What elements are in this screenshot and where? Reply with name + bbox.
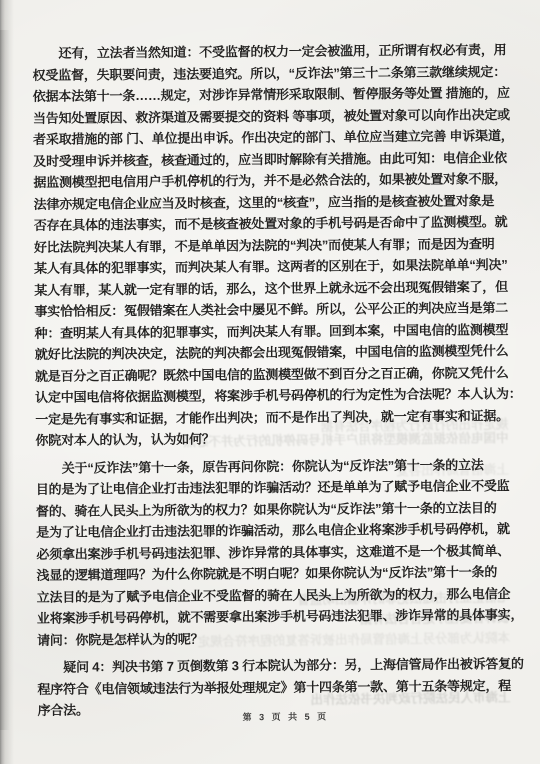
text-line: 据监测模型把电信用户手机停机的行为，并不是必然合法的，如果被处置对象不服， <box>33 168 511 193</box>
text-line: 疑问 4：判决书第 7 页倒数第 3 行本院认为部分：另，上海信管局作出被诉答复… <box>37 653 515 678</box>
paragraph-article-11-question: 关于“反诈法”第十一条，原告再问你院：你院认为“反诈法”第十一条的立法目的是为了… <box>36 454 516 651</box>
document-body: 还有，立法者当然知道：不受监督的权力一定会被滥用，正所谓有权必有责，用权受监督，… <box>32 39 515 721</box>
text-line: 浅显的逻辑道理吗？为什么你院就是不明白呢？如果你院认为“反诈法”第十一条的 <box>36 561 514 586</box>
text-line: 者采取措施的部 门、单位提出申诉。作出决定的部门、单位应当建立完善 申诉渠道， <box>33 125 511 150</box>
text-line: 事实恰恰相反：冤假错案在人类社会中屡见不鲜。所以，公平公正的判决应当是第二 <box>34 297 512 322</box>
text-line: 程序符合《电信领域违法行为举报处理规定》第十四条第一款、第十五条等规定，程 <box>37 675 515 700</box>
text-line: 认定中国电信将依据监测模型，将案涉手机号码停机的行为定性为合法呢？本人认为： <box>35 383 513 408</box>
text-line: 依据本法第十一条……规定，对涉诈异常情形采取限制、暂停服务等处置 措施的，应 <box>33 82 511 107</box>
text-line: 还有，立法者当然知道：不受监督的权力一定会被滥用，正所谓有权必有责，用 <box>32 39 510 64</box>
text-line: 请问：你院是怎样认为的呢？ <box>37 626 515 651</box>
paragraph-legislator-argument: 还有，立法者当然知道：不受监督的权力一定会被滥用，正所谓有权必有责，用权受监督，… <box>32 39 513 451</box>
text-line: 就好比法院的判决决定，法院的判决都会出现冤假错案，中国电信的监测模型凭什么 <box>35 340 513 365</box>
text-line: 业将案涉手机号码停机，就不需要拿出案涉手机号码违法犯罪、涉诈异常的具体事实， <box>37 604 515 629</box>
page-tilt-wrapper: 规定作出的行政行为程序合法有据 中国电信依据监测模型将用户手机号码停机的行为并不… <box>0 0 540 764</box>
text-line: 一定是先有事实和证据，才能作出判决；而不是作出了判决，就一定有事实和证据。 <box>35 405 513 430</box>
text-line: 某人有具体的犯罪事实，而判决某人有罪。这两者的区别在于，如果法院单单“判决” <box>34 254 512 279</box>
text-line: 目的是为了让电信企业打击违法犯罪的诈骗活动？还是单单为了赋予电信企业不受监 <box>36 475 514 500</box>
text-line: 否存在具体的违法事实，而不是核查被处置对象的手机号码是否命中了监测模型。就 <box>34 211 512 236</box>
text-segment: 另，上海信管局作出被诉答复的 <box>345 656 524 672</box>
emphasized-text-segment: 疑问 4：判决书第 7 页倒数第 3 行本院认为部分： <box>63 657 344 674</box>
scanned-document-page: 规定作出的行政行为程序合法有据 中国电信依据监测模型将用户手机号码停机的行为并不… <box>0 0 540 764</box>
text-line: 你院对本人的认为，认为如何？ <box>35 426 513 451</box>
text-line: 是为了让电信企业打击违法犯罪的诈骗活动，那么电信企业将案涉手机号码停机，就 <box>36 518 514 543</box>
